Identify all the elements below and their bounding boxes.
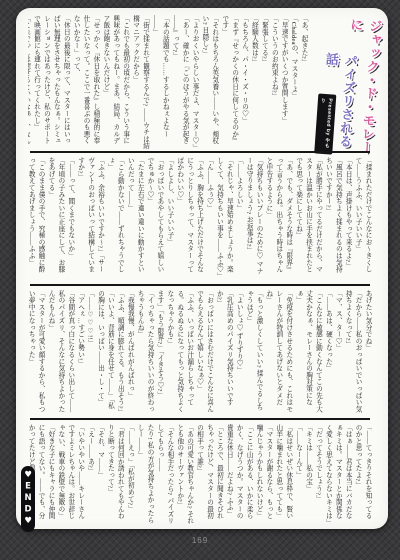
text-line: 「早速ですがいくつか質問します」 xyxy=(278,15,288,150)
text-line: 「おっぱいであやしてもらえて嬉しいでちゅか〜♡」 xyxy=(144,157,164,279)
text-line: 「イっちゃったら気持ちいいのが終わっちゃうもんね」 xyxy=(134,290,154,413)
text-line: 「いいよ、背筋に身を任せて――」「私の胸には、いっぱい――出・し・て」 xyxy=(95,290,115,413)
text-line: 「――♡♡♡!!」 xyxy=(85,290,95,413)
text-section-1: 「あ、起きた?」「Chaldeaの、マスターよ」「早速ですがいくつか質問します」… xyxy=(28,15,372,150)
text-line: 「アヘぇ…すごい勢い!」 xyxy=(75,290,85,413)
text-line: 「――なーんて」 xyxy=(293,424,303,525)
text-line: ます」「もう限界?」「イきそう♡?」 xyxy=(154,290,164,413)
text-line: 「あの可愛い教官ちゃんか? それとも他のサーヴァントか?」 xyxy=(174,424,194,525)
book-page: ジャック・ド・モレーに パイズリされる話 Presented by やもり 「あ… xyxy=(16,8,388,529)
text-line: 「マ、ス、ター♡」 xyxy=(332,290,342,413)
text-line: 「ところで、最初に聞きそびれちゃったけど、マスターの最初の相手って誰?」 xyxy=(194,424,224,525)
text-line: 「はぁ――君は本当にバカだなぁキミは。マスターとか関係なく愛しく思えてならないキ… xyxy=(313,424,353,525)
text-line: 「よりおくいやらしい事だよ、マスター♡」 xyxy=(189,15,199,150)
text-line: 「ふふ、余裕もいいですか〜?」「サーヴァントのおっぱいって結構していますか?」 xyxy=(75,157,105,279)
text-line: 「――よろしい」 xyxy=(233,157,243,279)
text-section-2: 「揉まれただけでこんなにお〜きくして――うふふ、いい子いい子」「本日は、声掛けも… xyxy=(28,157,372,279)
text-line: 「――てっきりそれを知ってるのかと思ってたよ?」 xyxy=(352,424,372,525)
text-line: 「気持ちもいいプレーのために♡ マナーは守りましょう? お返事は?」 xyxy=(243,157,263,279)
text-line: 「ん――ふぅ♡」 xyxy=(204,157,214,279)
text-line: たり! 私の方が気持ちよかったらしー――」 xyxy=(134,424,154,525)
text-line: あげたい気分でね」 xyxy=(362,290,372,413)
text-line: 「だから――私のおっぱいでいっぱい気持ちよくなって?」 xyxy=(342,290,362,413)
page-number: 169 xyxy=(0,536,400,545)
text-line: 「休日の最後に限って、マスターにはいっぱい無理をさせちゃったもんなぁ。シミュレー… xyxy=(31,15,71,150)
text-line: 「あ、起きた?」 xyxy=(298,15,308,150)
text-line: 「おっぱいにはさむだけでこんなに喜んでもらえるなんて嬉しいなぁ♡」 xyxy=(194,290,214,413)
text-line: 「もちろん、パ・イ・ズ・リの♡」 xyxy=(239,15,249,150)
text-line: 「よしよし、いい子いい子」 xyxy=(164,157,174,279)
text-line: 「私が勝手にやってるだけだから、マスターは温かいお山に手を挟まれたとでも思って楽… xyxy=(293,157,323,279)
text-line: 「こら動かないで――ずれちゃうでしょ」 xyxy=(105,157,125,279)
text-line: 「君は何回か誘われてもやんわりと断ってきたって?」 xyxy=(105,424,125,525)
text-line: 「マスターが謝るなら、もっと噛んじゃうかもしれないけど」 xyxy=(253,424,273,525)
text-line: 「経験人数は?」 xyxy=(249,15,259,150)
text-line: 「街で揉まれて観察するんで? ――ウチは結構マニアックだから」 xyxy=(130,15,150,150)
text-line: 「乳圧高めのパイズリ気持ちいいですか?」 xyxy=(214,290,234,413)
text-line: 「こういうのお約束よね?」 xyxy=(268,15,278,150)
end-badge: ♥END♥ xyxy=(21,466,35,532)
text-line: 「それ、マ――」 xyxy=(95,424,105,525)
text-line: 「ふふ、順調に膨れてる。もう出そう?」 xyxy=(114,290,124,413)
text-line: 「本の話題でも……するしかねぇよなー――」 xyxy=(150,15,170,150)
text-line: 「マスターが可愛い顔するから、私もつい夢中になっちゃった」 xyxy=(28,290,45,413)
text-line: 「Chaldeaの、マスターよ」 xyxy=(288,15,298,150)
text-line: 「あー、確かに『このほうがやる気が起き――』って?」 xyxy=(169,15,189,150)
text-line: 「このまま僕の手で、究極の感触に酔って教えてあげましょう――ふふ」 xyxy=(28,157,45,279)
text-line: 「キミは――私の宝」 xyxy=(303,424,313,525)
text-line: 「――あは、硬くなった」 xyxy=(322,290,332,413)
text-line: 「免疫を付けさせるためにも、これはモレーさんが特訓してあげないとダメだね」 xyxy=(263,290,293,413)
text-line: 「ふふ、胸を持ち上げただけでそんなにうっとりしちゃって、マスターってばかわいい♡… xyxy=(174,157,204,279)
text-line: 「それじゃ、早速始めましょうか。楽しくて、気持ちもいい事を――ふふ♡」 xyxy=(214,157,234,279)
text-line: 「そんな相手だったら? パイズリしてもらっ―― xyxy=(154,424,174,525)
text-line: 「せっかく『休日を取れた』し積極的に奉仕したいなって。ここで一番喜ぶのも悪くない… xyxy=(70,15,100,150)
scanned-book-page-view: { "page": { "title": { "line1": "ジャック・ド・… xyxy=(0,0,400,560)
text-line: 「ふふ、いっぱいお汁漏らしちゃってる。ぬるぬるになってもっと気持ちよくなっちゃう… xyxy=(164,290,194,413)
text-line: 「それはもちろん英気養い――いや、頬杖い? 目隠し?」 xyxy=(199,15,219,150)
text-line: 「これで少しは癒せるといいなぁー、なんて事を思ってたりして」 xyxy=(28,15,31,150)
text-line: 「よいしょ♡ ずりずり♡」 xyxy=(233,290,243,413)
section-divider xyxy=(30,151,370,153)
text-line: 「いやいやいや――キレーさんですよミレちゃんは。お世辞じゃない、戦車の鉄壁で無敵… xyxy=(55,424,85,525)
text-line: 「本日は、声掛けもやって来るよ?」 xyxy=(342,157,352,279)
text-line: 「たまに左右で違い違いに動かすといいんだって――」 xyxy=(124,157,144,279)
text-line: 「あ、でも、ダメそうな時は『限界』って言うからね。出ちゃう時はちゃんと申告するよ… xyxy=(263,157,293,279)
text-line: 「まず『せっかくの休日に何してるのか』です」 xyxy=(219,15,239,150)
text-line: 「谷間が真っ白になるくらい出して――私のパイズリ、そんなに気持ちよかったんだもん… xyxy=(45,290,75,413)
text-line: 「これでも最初の頃だから、こういう事に興味があってもねー。まあ、結局、カルデア飯… xyxy=(100,15,130,150)
text-line: 「風呂で気持ちよく揉まれるのは気持ちいいですかー?」 xyxy=(322,157,342,279)
text-line: 「こんなに敏感に動くなんてこの先も大丈夫かなぁ、モレーさんの胸対策になぁ」 xyxy=(293,290,323,413)
text-line: 「揉まれただけでこんなにお〜きくして――うふふ、いい子いい子」 xyxy=(352,157,372,279)
text-line: 「もっと激しくしていい? 揉んでるしちゃうほど」 xyxy=(243,290,263,413)
text-line: 「ここに山がある、いかに柔らかく、なげうつか。マスターの貴重な休日――だよね? … xyxy=(223,424,253,525)
section-divider xyxy=(30,284,370,286)
text-section-3: あげたい気分でね」「だから――私のおっぱいでいっぱい気持ちよくなって?」「マ、ス… xyxy=(28,290,372,413)
text-line: 「緊張してる?」 xyxy=(258,15,268,150)
text-line: 「えー――あ?」 xyxy=(85,424,95,525)
text-line: 「年頃の子みたいに正座にして、お膝をあげてる」 xyxy=(45,157,65,279)
text-line: 「――って、聞くまでもないか」 xyxy=(65,157,75,279)
text-line: 「――えっ」「私が初めて?」 xyxy=(124,424,134,525)
text-section-4: 「――てっきりそれを知ってるのかと思ってたよ?」「はぁ――君は本当にバカだなぁキ… xyxy=(28,424,372,525)
text-line: 「我慢我慢、がんばれがんばれっ」 xyxy=(124,290,134,413)
section-divider xyxy=(30,418,370,420)
text-line: 「私はせいぜい休息枠で、賢い山羊に噛まれたと思ってても」 xyxy=(273,424,293,525)
